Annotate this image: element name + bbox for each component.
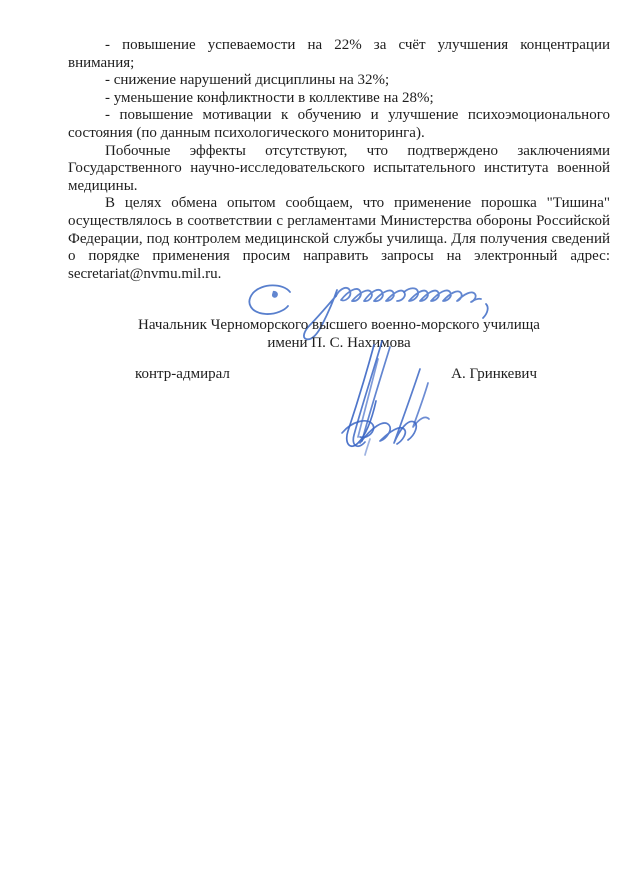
signature-scribble: [330, 339, 442, 457]
signer-title-line2: имени П. С. Нахимова: [68, 335, 610, 353]
signer-name: А. Гринкевич: [451, 366, 537, 384]
letter-body: - повышение успеваемости на 22% за счёт …: [68, 37, 610, 283]
signer-title-block: Начальник Черноморского высшего военно-м…: [68, 317, 610, 352]
signer-title-line1: Начальник Черноморского высшего военно-м…: [68, 317, 610, 335]
signature-strokes: [342, 341, 429, 455]
paragraph-bullet-3: - уменьшение конфликтности в коллективе …: [68, 90, 610, 108]
signer-rank: контр-адмирал: [135, 366, 230, 384]
paragraph-bullet-1: - повышение успеваемости на 22% за счёт …: [68, 37, 610, 72]
paragraph-side-effects: Побочные эффекты отсутствуют, что подтве…: [68, 143, 610, 196]
paragraph-contact: В целях обмена опытом сообщаем, что прим…: [68, 195, 610, 283]
document-page: - повышение успеваемости на 22% за счёт …: [0, 0, 632, 893]
signature-line: контр-адмирал А. Гринкевич: [68, 366, 610, 384]
paragraph-bullet-2: - снижение нарушений дисциплины на 32%;: [68, 72, 610, 90]
paragraph-bullet-4: - повышение мотивации к обучению и улучш…: [68, 107, 610, 142]
